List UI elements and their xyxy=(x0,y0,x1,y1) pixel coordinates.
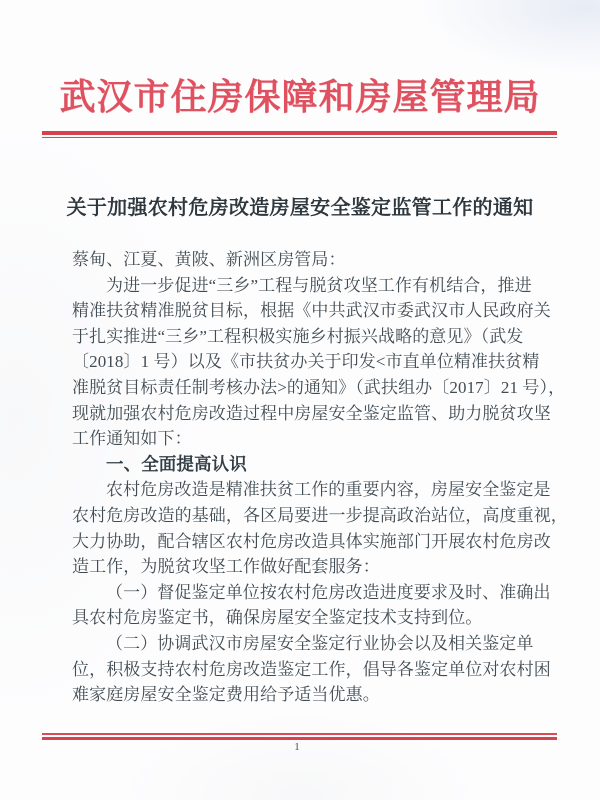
paragraph-line: 〔2018〕1 号）以及《市扶贫办关于印发<市直单位精准扶贫精 xyxy=(72,349,572,375)
letterhead-divider xyxy=(42,131,557,138)
notice-body: 蔡甸、江夏、黄陂、新洲区房管局： 为进一步促进“三乡”工程与脱贫攻坚工作有机结合… xyxy=(72,247,572,708)
paragraph-line: （一）督促鉴定单位按农村危房改造进度要求及时、准确出 xyxy=(72,580,572,606)
paragraph-line: 准脱贫目标责任制考核办法>的通知》（武扶组办〔2017〕21 号）， xyxy=(72,375,572,401)
paragraph-line: 于扎实推进“三乡”工程积极实施乡村振兴战略的意见》（武发 xyxy=(72,324,572,350)
footer-divider xyxy=(42,733,557,740)
divider-thin-line xyxy=(42,137,557,139)
paragraph-line: 农村危房改造是精准扶贫工作的重要内容，房屋安全鉴定是 xyxy=(72,477,572,503)
paragraph-line: 工作通知如下： xyxy=(72,426,572,452)
page-title: 关于加强农村危房改造房屋安全鉴定监管工作的通知 xyxy=(0,191,600,220)
paragraph-line: 现就加强农村危房改造过程中房屋安全鉴定监管、助力脱贫攻坚 xyxy=(72,401,572,427)
paragraph-line: （二）协调武汉市房屋安全鉴定行业协会以及相关鉴定单 xyxy=(72,631,572,657)
paragraph-line: 大力协助，配合辖区农村危房改造具体实施部门开展农村危房改 xyxy=(72,529,572,555)
paragraph-line: 造工作，为脱贫攻坚工作做好配套服务： xyxy=(72,554,572,580)
page-number: 1 xyxy=(0,741,594,753)
paragraph-line: 为进一步促进“三乡”工程与脱贫攻坚工作有机结合，推进 xyxy=(72,273,572,299)
divider-thick-line xyxy=(42,737,557,741)
paragraph-line: 具农村危房鉴定书，确保房屋安全鉴定技术支持到位。 xyxy=(72,605,572,631)
paragraph-line: 位，积极支持农村危房改造鉴定工作，倡导各鉴定单位对农村困 xyxy=(72,657,572,683)
section-heading: 一、全面提高认识 xyxy=(72,452,572,478)
paragraph-line: 精准扶贫精准脱贫目标，根据《中共武汉市委武汉市人民政府关 xyxy=(72,298,572,324)
paragraph-line: 农村危房改造的基础，各区局要进一步提高政治站位，高度重视， xyxy=(72,503,572,529)
salutation: 蔡甸、江夏、黄陂、新洲区房管局： xyxy=(72,247,572,273)
scanned-notice-page: 武汉市住房保障和房屋管理局 关于加强农村危房改造房屋安全鉴定监管工作的通知 蔡甸… xyxy=(0,0,600,800)
agency-name: 武汉市住房保障和房屋管理局 xyxy=(0,74,600,120)
paragraph-line: 难家庭房屋安全鉴定费用给予适当优惠。 xyxy=(72,682,572,708)
